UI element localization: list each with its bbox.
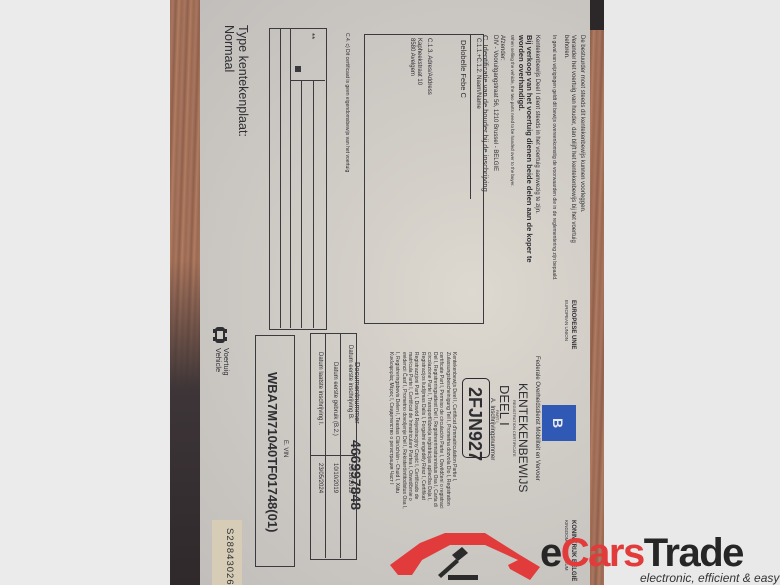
holder-address: Kapheekstraat 108580 Avelgem [408,38,422,85]
stars-mark: ** [307,33,316,39]
notice-sale-en: When selling the vehicle, the two parts … [510,35,515,187]
multilingual-text: Kentekenbewijs Deel I, Certificat d'imma… [388,352,457,509]
notice-changes: In geval van wijzigingen geldt dit bewij… [551,35,557,285]
date-last-registration: 23/05/2024 [317,463,323,493]
logo-tagline: electronic, efficient & easy [640,571,779,585]
blank-grid-table [269,28,327,330]
logo-wordmark: eCarsTrade [540,531,743,576]
plate-number: 2FJN927 [464,387,485,461]
notice-part1: Kentekenbewijs Deel I dient steeds in he… [534,35,540,214]
issuer: Federale Overheidsdienst Mobiliteit en V… [534,356,540,481]
right-background-panel [604,0,780,585]
certificate-title: KENTEKENBEWIJS [516,383,530,492]
sender-label: Afzender: [499,35,505,61]
date-first-use: 10/10/2019 [332,463,338,493]
holder-name: Delobelle Febe C [459,40,468,98]
vin-label: E. VIN [282,440,288,457]
c4-note: C.4. c) Dit certificaat is geen eigendom… [344,33,350,172]
date-first-registration: 10/10/2019 [347,463,353,493]
vin-number: WBA7M71040TF01748(01) [265,372,280,532]
vehicle-label: VoertuigVehicle [214,348,230,376]
eu-flag-icon: B [542,405,576,441]
serial-number: S288430269 [224,528,235,585]
checkbox-mark-icon [295,66,301,72]
name-label: C.1.1.+C.1.2. Naam/Name [475,38,481,109]
car-gavel-logo-icon [390,525,540,585]
car-icon [212,325,228,345]
certificate-part-en: PART I [495,410,500,422]
left-background-panel [0,0,170,585]
plate-type-label: Type kentekenplaat: [236,25,250,137]
address-label: C.1.3. Adres/Address [426,38,432,95]
plate-type-value: Normaal [222,25,236,72]
notice-driver: De bestuurder moet steeds dit kentekenbe… [579,35,585,212]
date-last-registration-label: Datum laatste inschrijving I. [317,352,323,425]
sender-address: DIV - Vooruitgangstraat 56, 1210 Brussel… [492,35,498,171]
ecarstrade-logo: eCarsTrade electronic, efficient & easy [390,525,780,585]
dark-shadow-corner [170,260,200,585]
certificate-title-en: REGISTRATION CERTIFICATE [512,400,517,457]
date-first-registration-label: Datum eerste inschrijving B. [347,345,353,420]
notice-holder-change: Verander het voertuig van houder, dan bl… [562,35,576,265]
registration-certificate-photo: EUROPESE UNIE EUROPEAN UNION KONINKRIJK … [200,0,590,585]
date-first-use-label: Datum eerste gebruik (B.2.) [332,362,338,436]
eu-header: EUROPESE UNIE [570,300,576,349]
notice-sale: Bij verkoop van het voertuig dienen beid… [517,35,533,285]
eu-header-en: EUROPEAN UNION [564,300,569,341]
